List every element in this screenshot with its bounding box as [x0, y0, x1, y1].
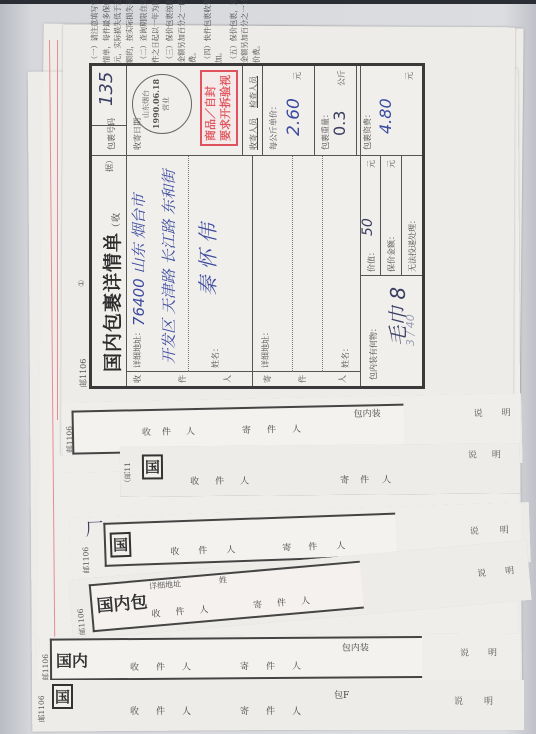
- rate-per-kg-value: 2.60: [284, 98, 304, 136]
- declared-value: 50: [360, 218, 376, 236]
- recipient-address-line2: 开发区 天津路 长江路 东和街: [158, 170, 179, 364]
- stacked-form-6: 邮1106 国 收 件 人 寄 件 人 包F 说 明: [34, 680, 524, 730]
- form-instructions: （一）请注意填写包裹详情单，每件最多保价30元，实际损失低于这个数额的，按实际损…: [89, 0, 419, 63]
- postage-label: 包裹资费：: [362, 110, 373, 150]
- parcel-no-value: 135: [96, 72, 117, 106]
- sender-address-label: 详细地址：: [260, 328, 271, 368]
- clerk-label: 收寄人员: [248, 118, 259, 150]
- recipient-address-label: 详细地址：: [132, 328, 143, 368]
- copy-mark: ①: [77, 280, 86, 287]
- form-frame: 国内包裹详情单（收 据） 包裹号码 135 收 件 人 详细地址： 76400 …: [89, 63, 425, 389]
- stacked-form-2: （邮11 国 收 件 人 寄 件 人 说 明: [120, 443, 520, 496]
- sender-name-label: 姓名：: [340, 344, 351, 368]
- undeliverable-label: 无法投递处理：: [407, 216, 418, 272]
- postage-value: 4.80: [376, 98, 395, 134]
- contents-label: 包内装有何物：: [368, 324, 379, 380]
- form-number: 邮1106: [78, 359, 89, 387]
- insured-amount-label: 保价金额：: [386, 232, 397, 272]
- red-inspection-stamp: 商品／自封 要求开拆验视: [200, 70, 238, 146]
- recipient-name-value: 秦 怀 伟: [192, 223, 221, 296]
- postmark-stamp: 山东烟台 1990.06.18 营业: [132, 74, 192, 134]
- contents-faint-value: 3 / 40: [404, 314, 417, 346]
- red-edge-line: [57, 40, 58, 420]
- checker-label: 检查人员: [248, 76, 259, 108]
- weight-value: 0.3: [330, 111, 349, 136]
- parcel-no-label: 包裹号码: [106, 118, 117, 150]
- form-title: 国内包裹详情单（收: [98, 212, 125, 372]
- rate-per-kg-label: 每公斤单价：: [268, 102, 279, 150]
- declared-value-label: 价值：: [366, 248, 377, 272]
- recipient-address-line1: 76400 山东 烟台市: [128, 194, 149, 326]
- recipient-name-label: 姓名：: [210, 344, 221, 368]
